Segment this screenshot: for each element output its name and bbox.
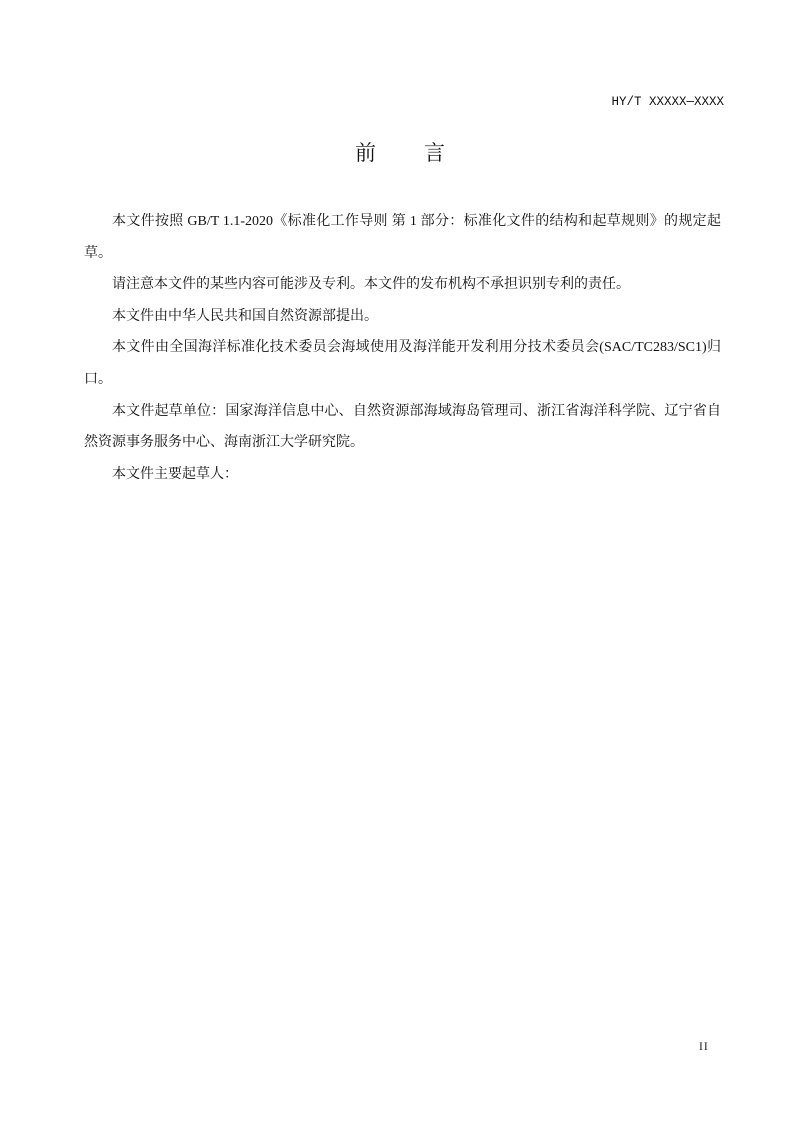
paragraph-drafting-units: 本文件起草单位：国家海洋信息中心、自然资源部海域海岛管理司、浙江省海洋科学院、辽…: [84, 396, 721, 459]
paragraph-main-drafters: 本文件主要起草人：: [84, 459, 721, 491]
paragraph-drafting-rules: 本文件按照 GB/T 1.1-2020《标准化工作导则 第 1 部分：标准化文件…: [84, 206, 721, 269]
paragraph-proposer: 本文件由中华人民共和国自然资源部提出。: [84, 301, 721, 333]
title-char-2: 言: [424, 137, 445, 167]
page-title: 前言: [0, 137, 800, 167]
page-number: II: [699, 1041, 709, 1053]
title-char-1: 前: [355, 137, 376, 167]
paragraph-centralized-by: 本文件由全国海洋标准化技术委员会海域使用及海洋能开发利用分技术委员会(SAC/T…: [84, 332, 721, 395]
standard-code-header: HY/T XXXXX—XXXX: [611, 95, 724, 109]
paragraph-patent-notice: 请注意本文件的某些内容可能涉及专利。本文件的发布机构不承担识别专利的责任。: [84, 269, 721, 301]
foreword-body: 本文件按照 GB/T 1.1-2020《标准化工作导则 第 1 部分：标准化文件…: [84, 206, 721, 490]
